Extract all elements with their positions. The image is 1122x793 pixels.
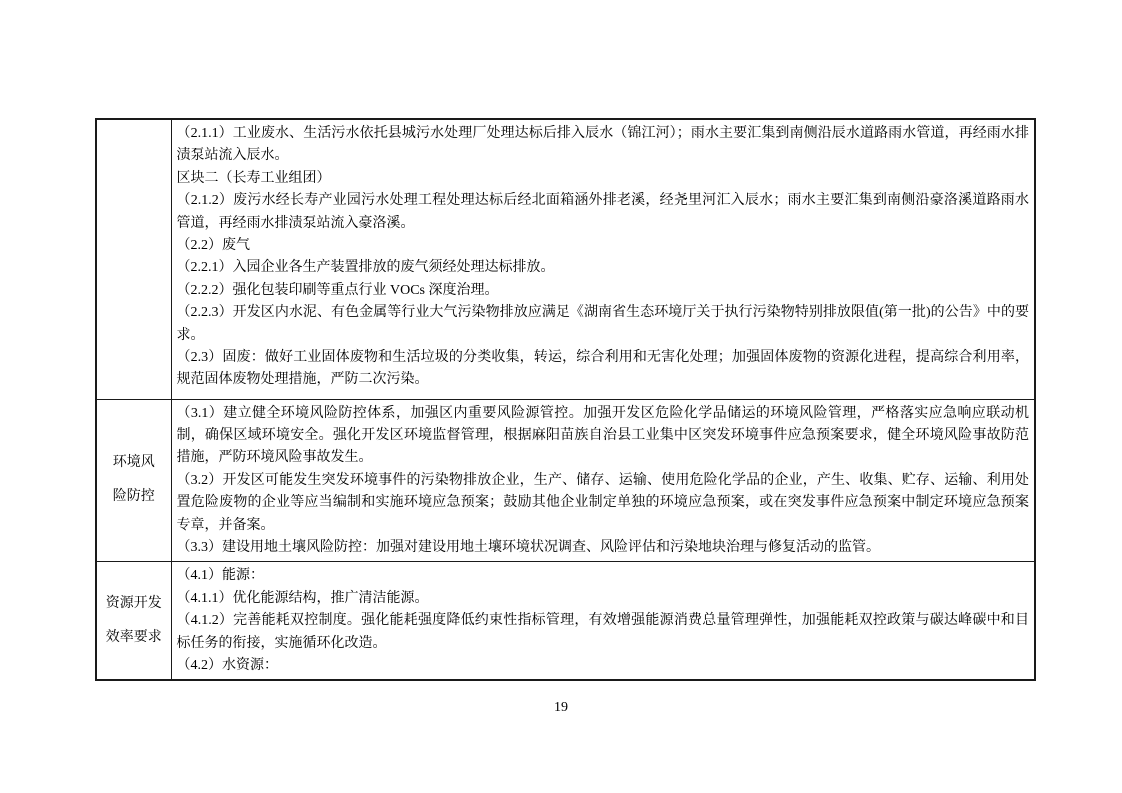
row-content-cell: （3.1）建立健全环境风险防控体系，加强区内重要风险源管控。加强开发区危险化学品…	[171, 399, 1035, 562]
row-content-cell: （4.1）能源： （4.1.1）优化能源结构，推广清洁能源。 （4.1.2）完善…	[171, 562, 1035, 681]
row-label: 环境风险防控	[112, 446, 155, 514]
row-label-cell-environmental-risk: 环境风险防控	[96, 399, 171, 562]
paragraph: 区块二（长寿工业组团）	[177, 168, 1030, 190]
paragraph: （4.1）能源：	[177, 565, 1030, 587]
paragraph: （2.2.2）强化包装印刷等重点行业 VOCs 深度治理。	[177, 280, 1030, 302]
paragraph: （2.1.1）工业废水、生活污水依托县城污水处理厂处理达标后排入辰水（锦江河）；…	[177, 123, 1030, 168]
paragraph: （4.1.2）完善能耗双控制度。强化能耗强度降低约束性指标管理，有效增强能源消费…	[177, 610, 1030, 655]
paragraph: （4.1.1）优化能源结构，推广清洁能源。	[177, 588, 1030, 610]
paragraph: （2.2）废气	[177, 235, 1030, 257]
paragraph: （4.2）水资源：	[177, 655, 1030, 677]
content-table: （2.1.1）工业废水、生活污水依托县城污水处理厂处理达标后排入辰水（锦江河）；…	[95, 118, 1036, 681]
row-label-cell-empty	[96, 119, 171, 399]
paragraph: （2.2.1）入园企业各生产装置排放的废气须经处理达标排放。	[177, 257, 1030, 279]
document-page: （2.1.1）工业废水、生活污水依托县城污水处理厂处理达标后排入辰水（锦江河）；…	[0, 0, 1122, 793]
paragraph: （2.3）固废：做好工业固体废物和生活垃圾的分类收集，转运，综合利用和无害化处理…	[177, 347, 1030, 392]
paragraph: （2.2.3）开发区内水泥、有色金属等行业大气污染物排放应满足《湖南省生态环境厅…	[177, 302, 1030, 347]
row-content-cell: （2.1.1）工业废水、生活污水依托县城污水处理厂处理达标后排入辰水（锦江河）；…	[171, 119, 1035, 399]
paragraph: （3.2）开发区可能发生突发环境事件的污染物排放企业，生产、储存、运输、使用危险…	[177, 470, 1030, 537]
paragraph: （2.1.2）废污水经长寿产业园污水处理工程处理达标后经北面箱涵外排老溪，经尧里…	[177, 190, 1030, 235]
table-row-pollution-control: （2.1.1）工业废水、生活污水依托县城污水处理厂处理达标后排入辰水（锦江河）；…	[96, 119, 1035, 399]
row-label-cell-resource-efficiency: 资源开发效率要求	[96, 562, 171, 681]
row-label: 资源开发效率要求	[105, 587, 162, 655]
page-number: 19	[0, 700, 1122, 716]
table-row-environmental-risk: 环境风险防控 （3.1）建立健全环境风险防控体系，加强区内重要风险源管控。加强开…	[96, 399, 1035, 562]
table-row-resource-efficiency: 资源开发效率要求 （4.1）能源： （4.1.1）优化能源结构，推广清洁能源。 …	[96, 562, 1035, 681]
paragraph: （3.3）建设用地土壤风险防控：加强对建设用地土壤环境状况调查、风险评估和污染地…	[177, 537, 1030, 559]
paragraph: （3.1）建立健全环境风险防控体系，加强区内重要风险源管控。加强开发区危险化学品…	[177, 403, 1030, 470]
